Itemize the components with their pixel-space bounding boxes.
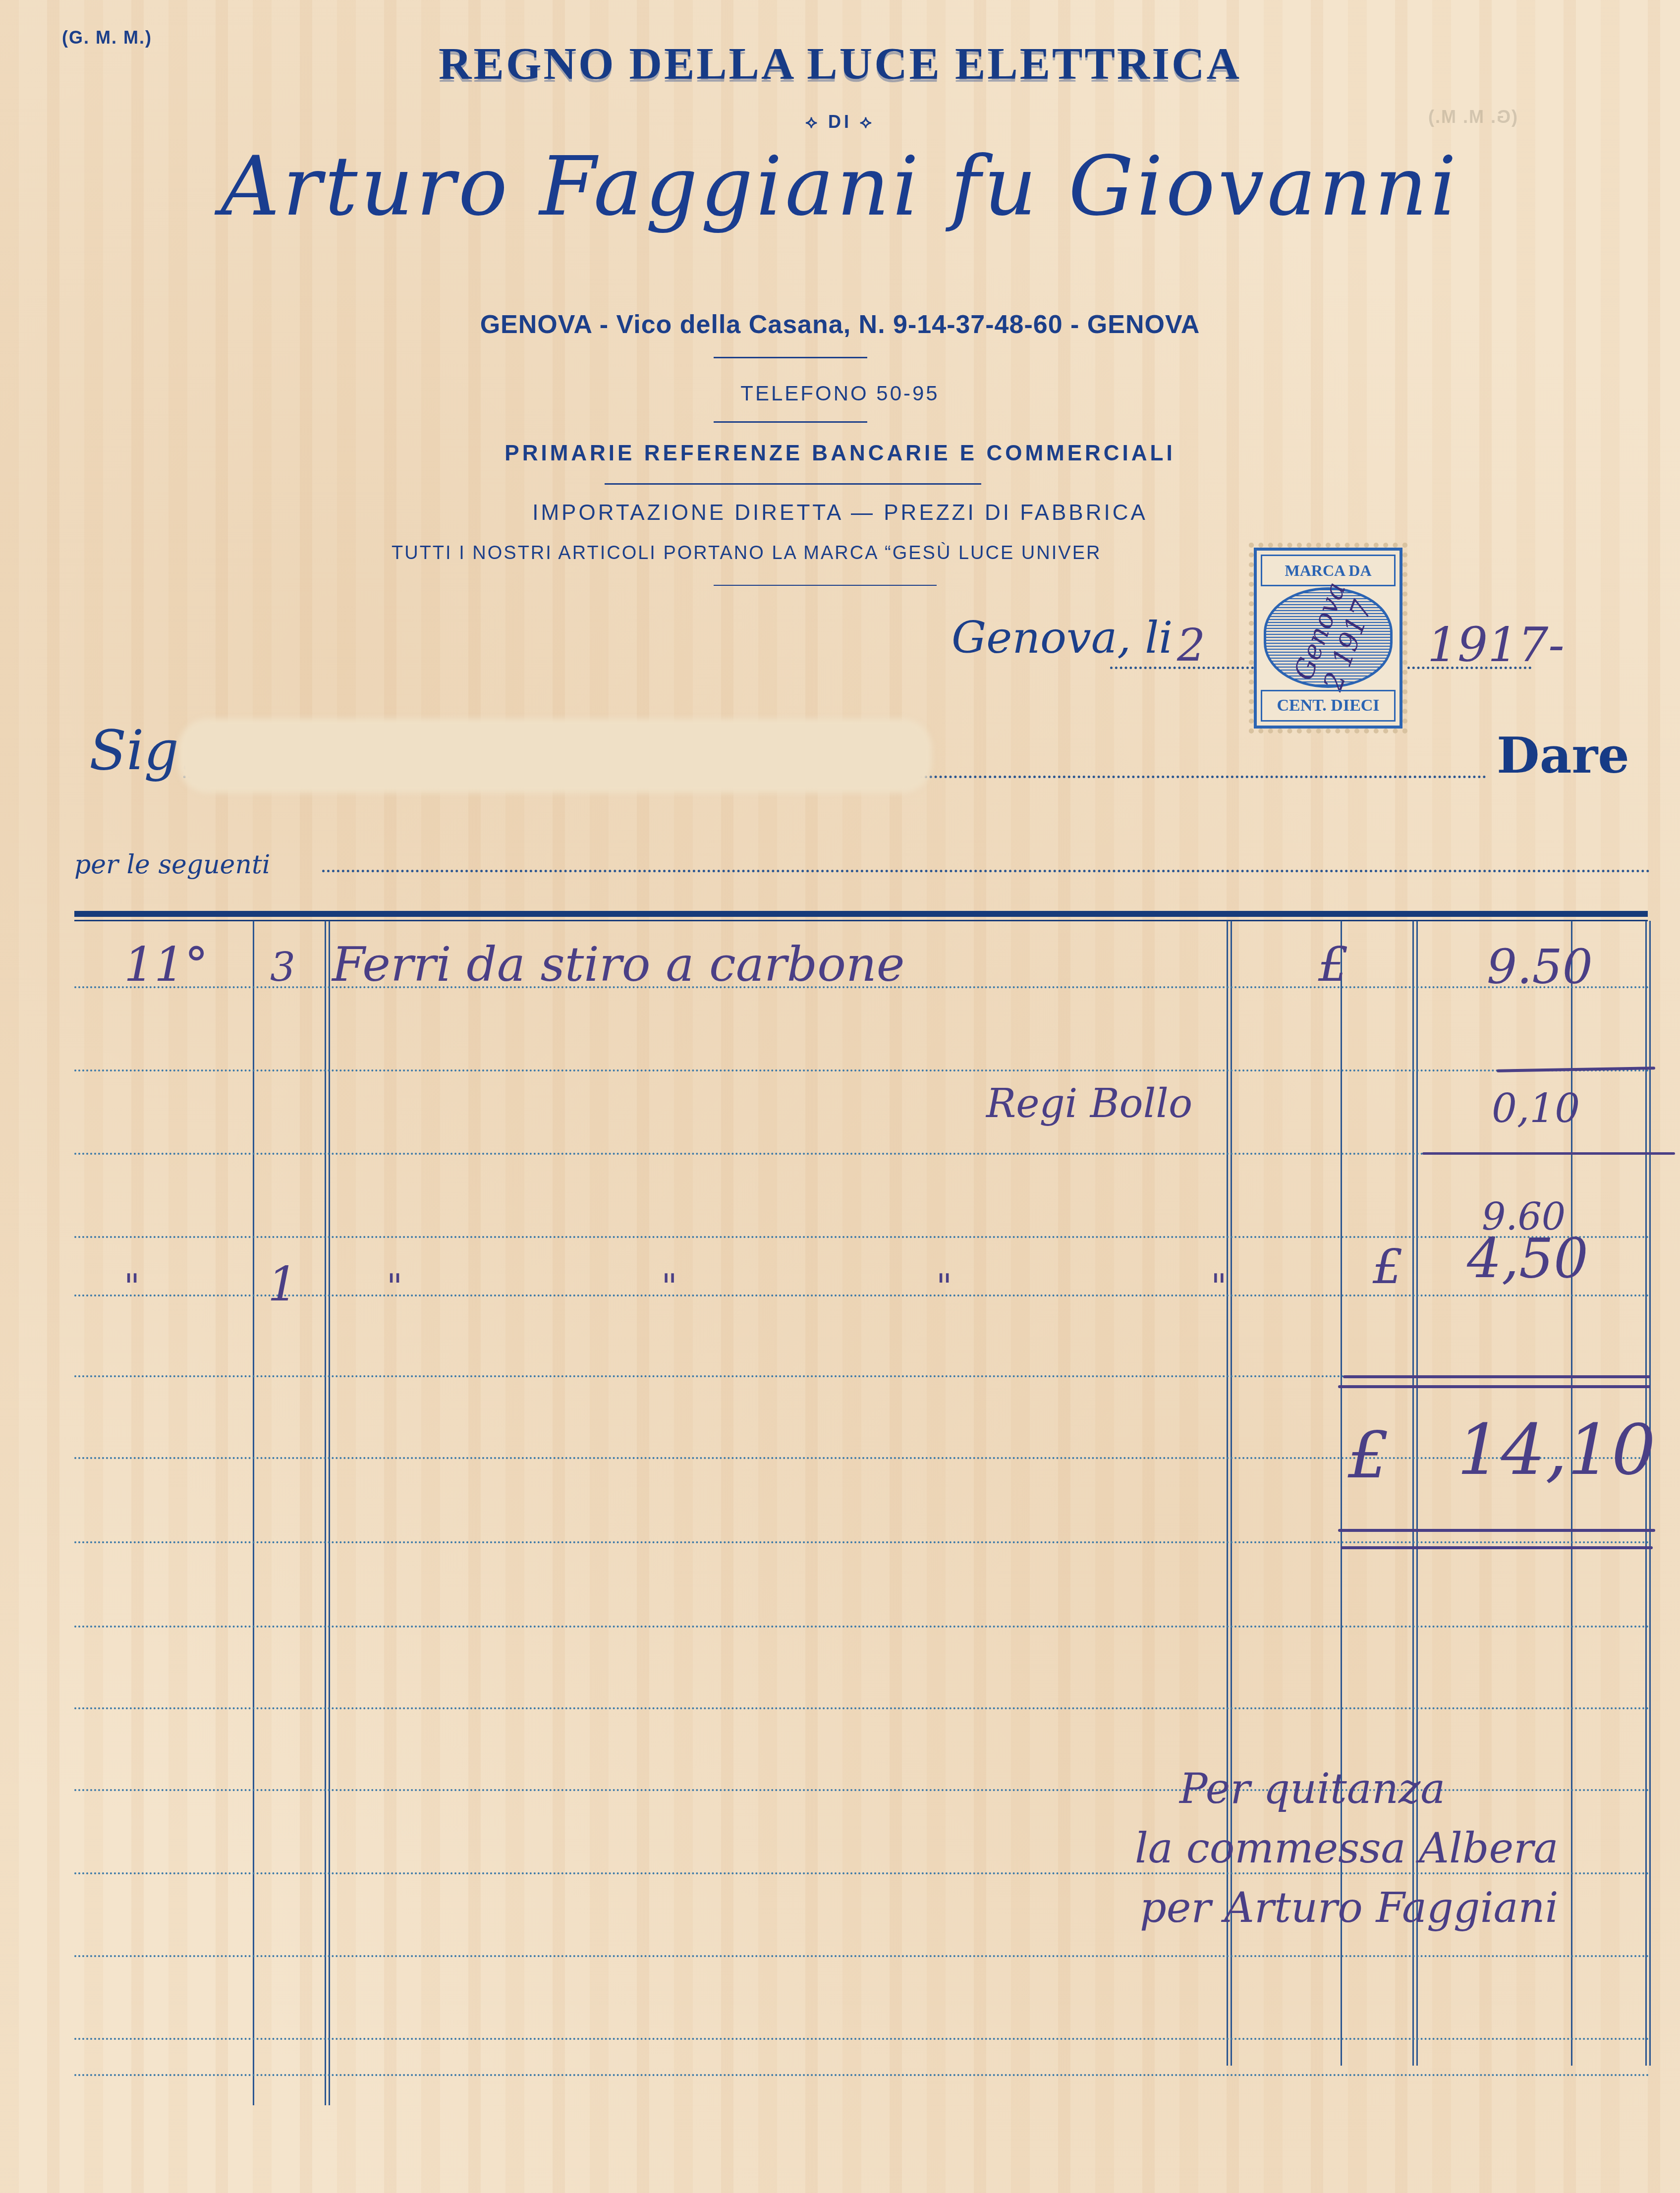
date-day: 2 <box>1177 619 1205 672</box>
subtotal-line <box>1497 1067 1655 1072</box>
row-line <box>74 1236 1650 1238</box>
di-ornament: ⟡ DI ⟡ <box>0 112 1680 133</box>
row-2-description: Regi Bollo <box>986 1080 1192 1126</box>
total-rule <box>1343 1375 1650 1378</box>
address-line: GENOVA - Vico della Casana, N. 9-14-37-4… <box>0 310 1680 339</box>
column-line <box>253 921 254 2105</box>
row-line <box>74 1872 1650 1874</box>
receipt-line-1: Per quitanza <box>1179 1764 1445 1813</box>
per-le-seguenti-label: per le seguenti <box>74 850 270 880</box>
table-top-rule <box>74 911 1648 917</box>
column-line <box>325 921 326 2105</box>
brand-notice: TUTTI I NOSTRI ARTICOLI PORTANO LA MARCA… <box>392 543 1101 564</box>
dare-label: Dare <box>1497 726 1629 785</box>
divider <box>714 421 867 423</box>
column-line <box>1649 921 1651 2066</box>
company-title: REGNO DELLA LUCE ELETTRICA <box>0 37 1680 90</box>
row-4-month: " <box>124 1266 140 1307</box>
total-double-rule <box>1341 1546 1653 1549</box>
revenue-stamp: MARCA DA BOLLO Genova 2 1917 CENT. DIECI <box>1254 548 1402 729</box>
row-1-qty: 3 <box>270 944 295 990</box>
row-line <box>74 1069 1650 1071</box>
row-4-amount: 4,50 <box>1467 1227 1588 1290</box>
row-line <box>74 2074 1650 2076</box>
row-line <box>74 2038 1650 2040</box>
row-line <box>74 1457 1650 1459</box>
divider <box>714 585 937 586</box>
row-line <box>74 1707 1650 1709</box>
redacted-addressee-name <box>178 719 932 793</box>
row-1-currency: £ <box>1318 937 1348 992</box>
row-1-month: 11° <box>124 937 208 992</box>
per-le-seguenti-dotted-line <box>322 870 1650 872</box>
date-place-label: Genova, li <box>952 612 1173 663</box>
divider <box>605 483 981 485</box>
receipt-line-2: la commessa Albera <box>1135 1824 1559 1872</box>
row-line <box>74 1541 1650 1543</box>
row-line <box>74 1626 1650 1628</box>
column-line <box>329 921 330 2105</box>
stamp-bottom-label: CENT. DIECI <box>1261 690 1396 722</box>
row-4-description: " " " " <box>387 1266 1351 1307</box>
column-line <box>1645 921 1647 2066</box>
total-currency: £ <box>1348 1417 1389 1493</box>
telephone: TELEFONO 50-95 <box>0 382 1680 405</box>
row-1-description: Ferri da stiro a carbone <box>332 937 905 992</box>
row-4-currency: £ <box>1373 1239 1403 1294</box>
row-2-amount: 0,10 <box>1492 1085 1580 1131</box>
table-top-thin-rule <box>74 920 1648 921</box>
row-line <box>74 1153 1650 1155</box>
references-line: PRIMARIE REFERENZE BANCARIE E COMMERCIAL… <box>0 441 1680 466</box>
date-year: 1917- <box>1427 617 1565 673</box>
total-rule <box>1338 1385 1650 1388</box>
row-1-amount: 9.50 <box>1487 939 1593 995</box>
owner-name: Arturo Faggiani fu Giovanni <box>0 139 1680 234</box>
import-line: IMPORTAZIONE DIRETTA — PREZZI DI FABBRIC… <box>0 501 1680 525</box>
subtotal-line <box>1422 1152 1675 1155</box>
row-line <box>74 1955 1650 1957</box>
divider <box>714 357 867 358</box>
total-double-rule <box>1338 1529 1655 1532</box>
receipt-signature: per Arturo Faggiani <box>1140 1883 1559 1932</box>
row-4-qty: 1 <box>268 1256 298 1312</box>
total-amount: 14,10 <box>1457 1410 1656 1491</box>
